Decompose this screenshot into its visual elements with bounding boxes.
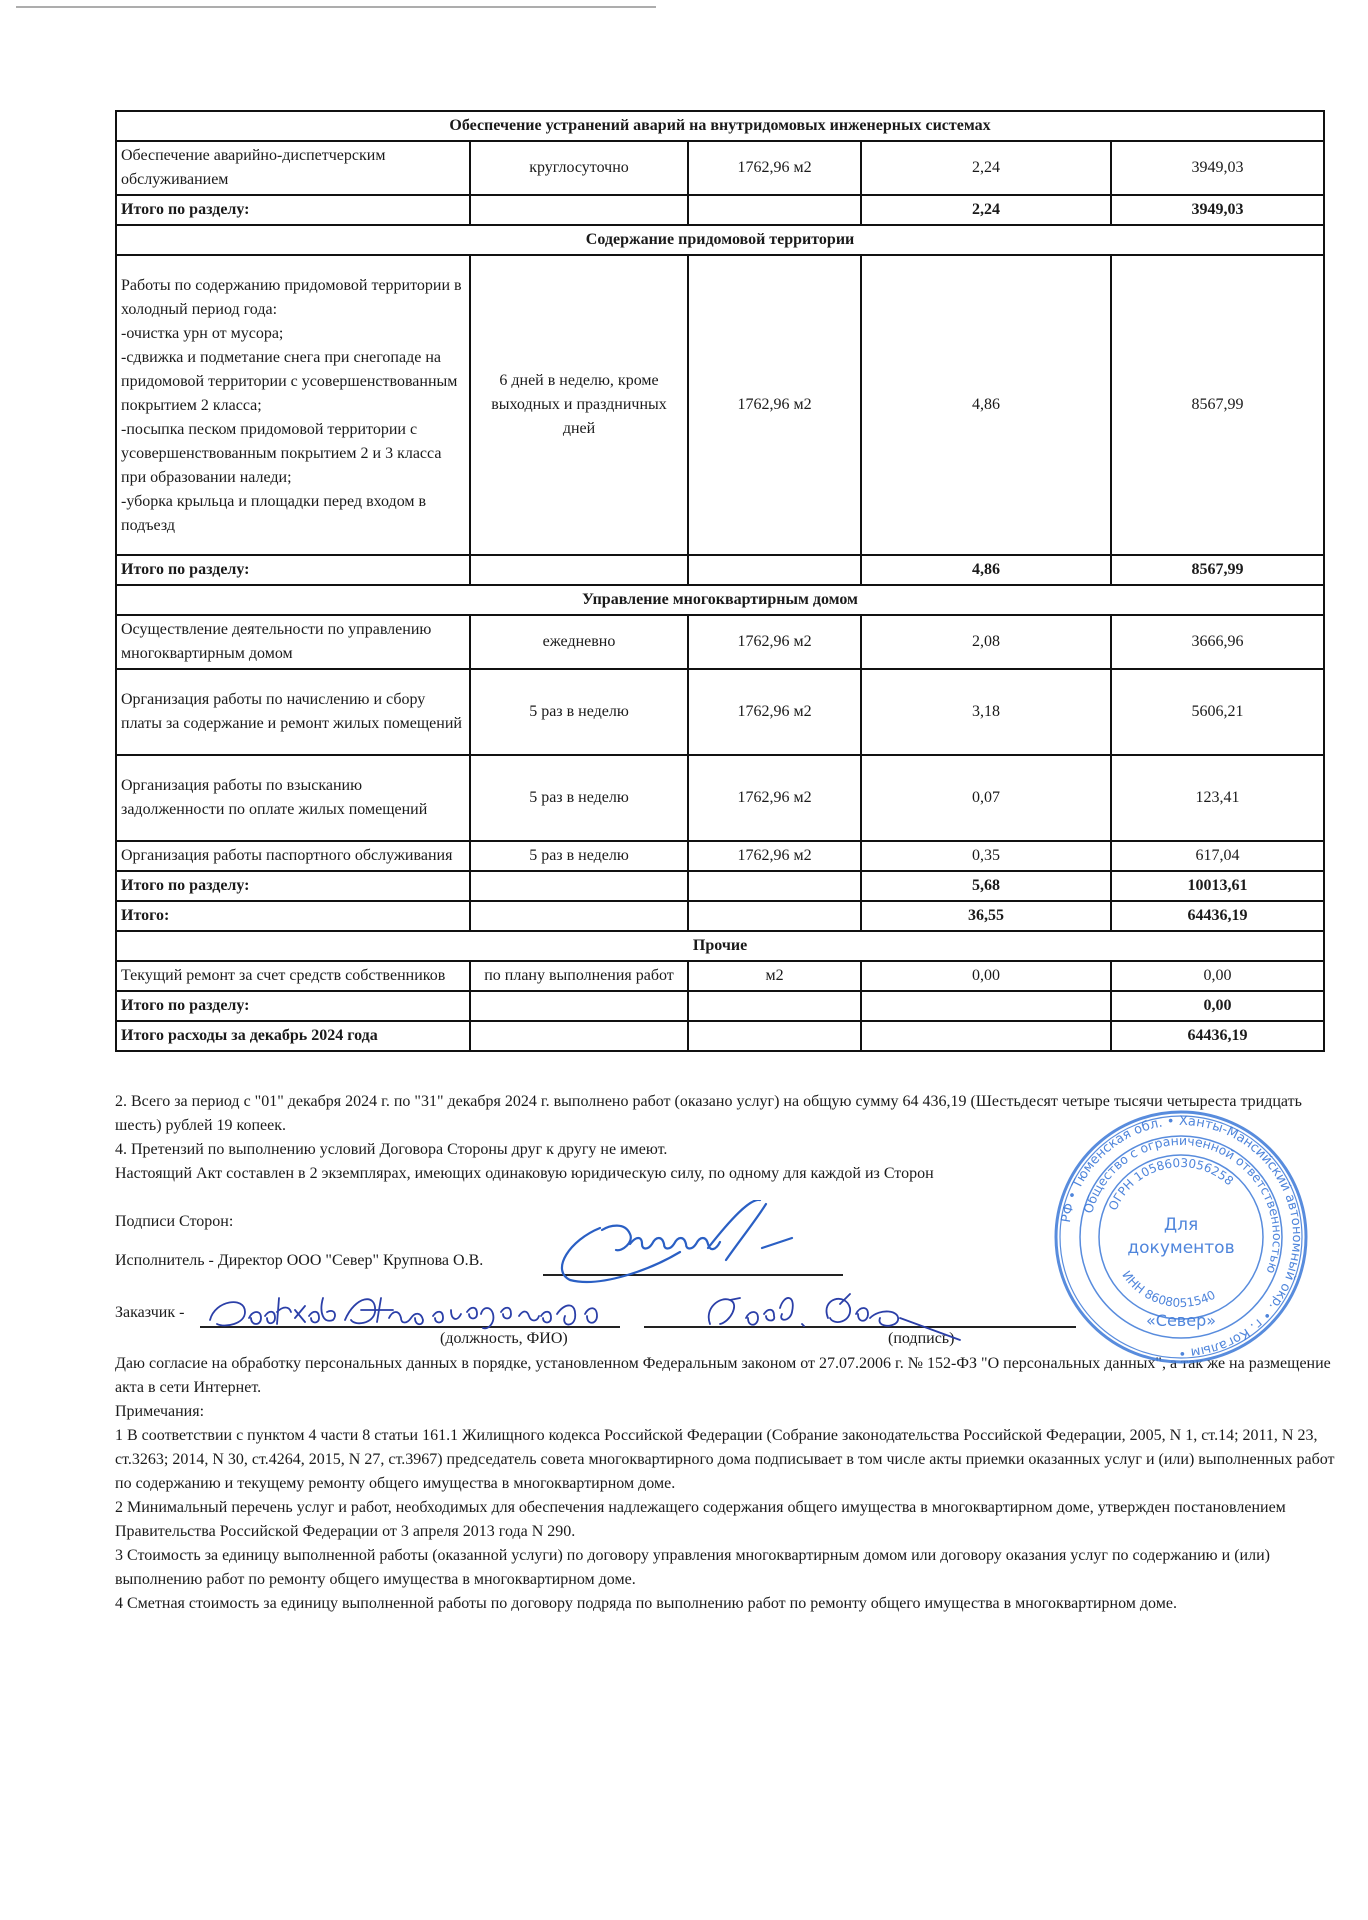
service-name: Работы по содержанию придомовой территор… <box>116 255 470 555</box>
total-sum: 0,00 <box>1111 991 1324 1021</box>
table-row: Организация работы по взысканию задолжен… <box>116 755 1324 841</box>
empty-cell <box>470 991 688 1021</box>
final-total-sum: 64436,19 <box>1111 1021 1324 1051</box>
total-label: Итого по разделу: <box>116 555 470 585</box>
final-total-row: Итого расходы за декабрь 2024 года64436,… <box>116 1021 1324 1051</box>
frequency-cell: ежедневно <box>470 615 688 669</box>
area-cell: 1762,96 м2 <box>688 841 861 871</box>
area-cell: 1762,96 м2 <box>688 141 861 195</box>
total-label: Итого по разделу: <box>116 195 470 225</box>
sum-cell: 3949,03 <box>1111 141 1324 195</box>
empty-cell <box>470 1021 688 1051</box>
empty-cell <box>470 901 688 931</box>
customer-fio-handwriting <box>205 1290 625 1340</box>
rate-cell: 0,00 <box>861 961 1111 991</box>
empty-cell <box>470 871 688 901</box>
service-name-line: -уборка крыльца и площадки перед входом … <box>121 490 465 538</box>
notes-title: Примечания: <box>115 1400 1340 1424</box>
section-title: Прочие <box>116 931 1324 961</box>
final-total-label: Итого расходы за декабрь 2024 года <box>116 1021 470 1051</box>
service-name: Обеспечение аварийно-диспетчерским обслу… <box>116 141 470 195</box>
consent-and-notes: Даю согласие на обработку персональных д… <box>115 1352 1340 1616</box>
empty-cell <box>688 991 861 1021</box>
sum-cell: 5606,21 <box>1111 669 1324 755</box>
table-row: Обеспечение аварийно-диспетчерским обслу… <box>116 141 1324 195</box>
customer-label: Заказчик - <box>115 1304 184 1322</box>
subtotal-row: Итого по разделу:2,243949,03 <box>116 195 1324 225</box>
sum-cell: 123,41 <box>1111 755 1324 841</box>
subtotal-row: Итого по разделу:0,00 <box>116 991 1324 1021</box>
rate-cell: 0,35 <box>861 841 1111 871</box>
total-rate: 36,55 <box>861 901 1111 931</box>
total-rate: 5,68 <box>861 871 1111 901</box>
area-cell: 1762,96 м2 <box>688 755 861 841</box>
section-header-row: Содержание придомовой территории <box>116 225 1324 255</box>
area-cell: 1762,96 м2 <box>688 255 861 555</box>
total-label: Итого: <box>116 901 470 931</box>
table-row: Текущий ремонт за счет средств собственн… <box>116 961 1324 991</box>
company-stamp: РФ • Тюменская обл. • Ханты-Мансийский а… <box>1052 1108 1310 1366</box>
total-rate: 4,86 <box>861 555 1111 585</box>
sum-cell: 8567,99 <box>1111 255 1324 555</box>
frequency-cell: 5 раз в неделю <box>470 669 688 755</box>
total-label: Итого по разделу: <box>116 871 470 901</box>
table-row: Осуществление деятельности по управлению… <box>116 615 1324 669</box>
total-rate: 2,24 <box>861 195 1111 225</box>
rate-cell: 4,86 <box>861 255 1111 555</box>
subtotal-row: Итого по разделу:5,6810013,61 <box>116 871 1324 901</box>
svg-text:документов: документов <box>1127 1238 1234 1258</box>
sum-cell: 0,00 <box>1111 961 1324 991</box>
svg-text:«Север»: «Север» <box>1146 1311 1216 1330</box>
empty-cell <box>470 195 688 225</box>
rate-cell: 3,18 <box>861 669 1111 755</box>
area-cell: 1762,96 м2 <box>688 615 861 669</box>
grand-total-row: Итого:36,5564436,19 <box>116 901 1324 931</box>
service-name: Организация работы по взысканию задолжен… <box>116 755 470 841</box>
frequency-cell: 5 раз в неделю <box>470 755 688 841</box>
service-name: Организация работы по начислению и сбору… <box>116 669 470 755</box>
service-name: Организация работы паспортного обслужива… <box>116 841 470 871</box>
service-name: Осуществление деятельности по управлению… <box>116 615 470 669</box>
total-sum: 8567,99 <box>1111 555 1324 585</box>
services-table: Обеспечение устранений аварий на внутрид… <box>115 110 1325 1052</box>
rate-cell: 0,07 <box>861 755 1111 841</box>
table-row: Организация работы по начислению и сбору… <box>116 669 1324 755</box>
section-title: Управление многоквартирным домом <box>116 585 1324 615</box>
empty-cell <box>688 1021 861 1051</box>
table-row: Работы по содержанию придомовой территор… <box>116 255 1324 555</box>
sum-cell: 617,04 <box>1111 841 1324 871</box>
empty-cell <box>688 871 861 901</box>
area-cell: 1762,96 м2 <box>688 669 861 755</box>
empty-cell <box>470 555 688 585</box>
section-title: Содержание придомовой территории <box>116 225 1324 255</box>
table-row: Организация работы паспортного обслужива… <box>116 841 1324 871</box>
total-label: Итого по разделу: <box>116 991 470 1021</box>
service-name: Текущий ремонт за счет средств собственн… <box>116 961 470 991</box>
executor-signature <box>530 1200 850 1290</box>
section-header-row: Прочие <box>116 931 1324 961</box>
service-name-line: -очистка урн от мусора; <box>121 322 465 346</box>
customer-signature <box>700 1288 1000 1348</box>
sum-cell: 3666,96 <box>1111 615 1324 669</box>
total-rate <box>861 991 1111 1021</box>
executor-label: Исполнитель - Директор ООО "Север" Крупн… <box>115 1252 483 1270</box>
subtotal-row: Итого по разделу:4,868567,99 <box>116 555 1324 585</box>
section-title: Обеспечение устранений аварий на внутрид… <box>116 111 1324 141</box>
total-sum: 10013,61 <box>1111 871 1324 901</box>
note-3: 3 Стоимость за единицу выполненной работ… <box>115 1544 1340 1592</box>
rate-cell: 2,08 <box>861 615 1111 669</box>
service-name-line: -сдвижка и подметание снега при снегопад… <box>121 346 465 418</box>
note-2: 2 Минимальный перечень услуг и работ, не… <box>115 1496 1340 1544</box>
note-4: 4 Сметная стоимость за единицу выполненн… <box>115 1592 1340 1616</box>
frequency-cell: круглосуточно <box>470 141 688 195</box>
scan-edge-line <box>16 6 656 8</box>
frequency-cell: по плану выполнения работ <box>470 961 688 991</box>
total-sum: 3949,03 <box>1111 195 1324 225</box>
service-name-line: Работы по содержанию придомовой территор… <box>121 274 465 322</box>
empty-cell <box>861 1021 1111 1051</box>
total-sum: 64436,19 <box>1111 901 1324 931</box>
section-header-row: Обеспечение устранений аварий на внутрид… <box>116 111 1324 141</box>
rate-cell: 2,24 <box>861 141 1111 195</box>
svg-text:Для: Для <box>1164 1215 1198 1235</box>
empty-cell <box>688 901 861 931</box>
section-header-row: Управление многоквартирным домом <box>116 585 1324 615</box>
note-1: 1 В соответствии с пунктом 4 части 8 ста… <box>115 1424 1340 1496</box>
area-cell: м2 <box>688 961 861 991</box>
frequency-cell: 6 дней в неделю, кроме выходных и праздн… <box>470 255 688 555</box>
service-name-line: -посыпка песком придомовой территории с … <box>121 418 465 490</box>
frequency-cell: 5 раз в неделю <box>470 841 688 871</box>
empty-cell <box>688 195 861 225</box>
empty-cell <box>688 555 861 585</box>
